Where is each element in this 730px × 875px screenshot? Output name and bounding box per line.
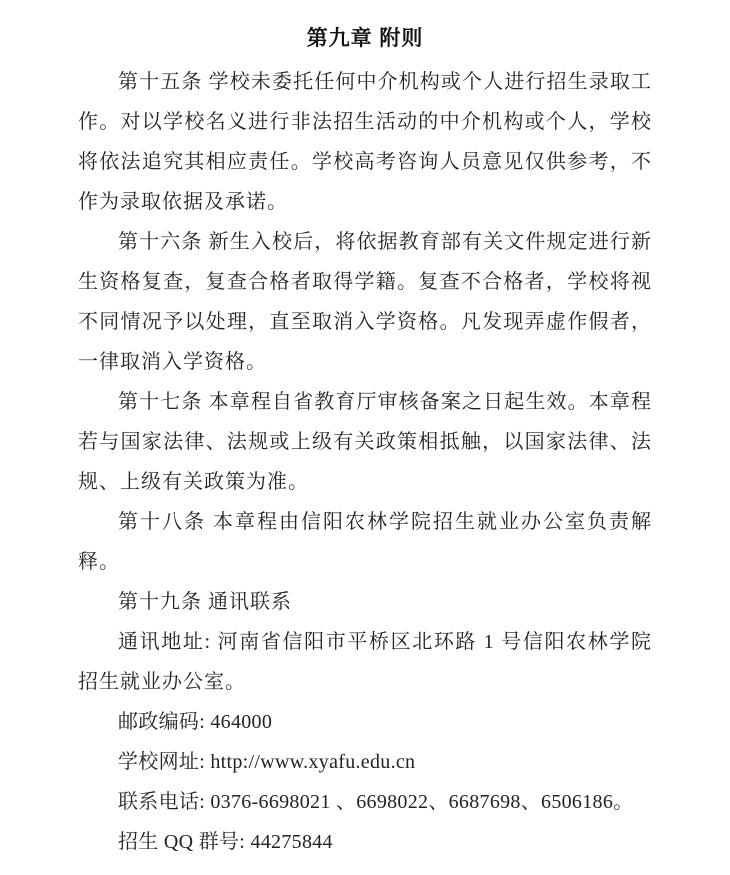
website-line: 学校网址: http://www.xyafu.edu.cn [78, 742, 652, 782]
paragraph-article-16: 第十六条 新生入校后，将依据教育部有关文件规定进行新生资格复查，复查合格者取得学… [78, 222, 652, 382]
chapter-title: 第九章 附则 [0, 0, 730, 51]
document-body: 第十五条 学校未委托任何中介机构或个人进行招生录取工作。对以学校名义进行非法招生… [78, 62, 652, 862]
paragraph-article-15: 第十五条 学校未委托任何中介机构或个人进行招生录取工作。对以学校名义进行非法招生… [78, 62, 652, 222]
paragraph-article-18: 第十八条 本章程由信阳农林学院招生就业办公室负责解释。 [78, 502, 652, 582]
qq-group-line: 招生 QQ 群号: 44275844 [78, 822, 652, 862]
paragraph-article-17: 第十七条 本章程自省教育厅审核备案之日起生效。本章程若与国家法律、法规或上级有关… [78, 382, 652, 502]
postal-code-line: 邮政编码: 464000 [78, 702, 652, 742]
paragraph-article-19: 第十九条 通讯联系 [78, 582, 652, 622]
document-page: 第九章 附则 第十五条 学校未委托任何中介机构或个人进行招生录取工作。对以学校名… [0, 0, 730, 875]
contact-address-line: 通讯地址: 河南省信阳市平桥区北环路 1 号信阳农林学院招生就业办公室。 [78, 622, 652, 702]
phone-line: 联系电话: 0376-6698021 、6698022、6687698、6506… [78, 782, 652, 822]
